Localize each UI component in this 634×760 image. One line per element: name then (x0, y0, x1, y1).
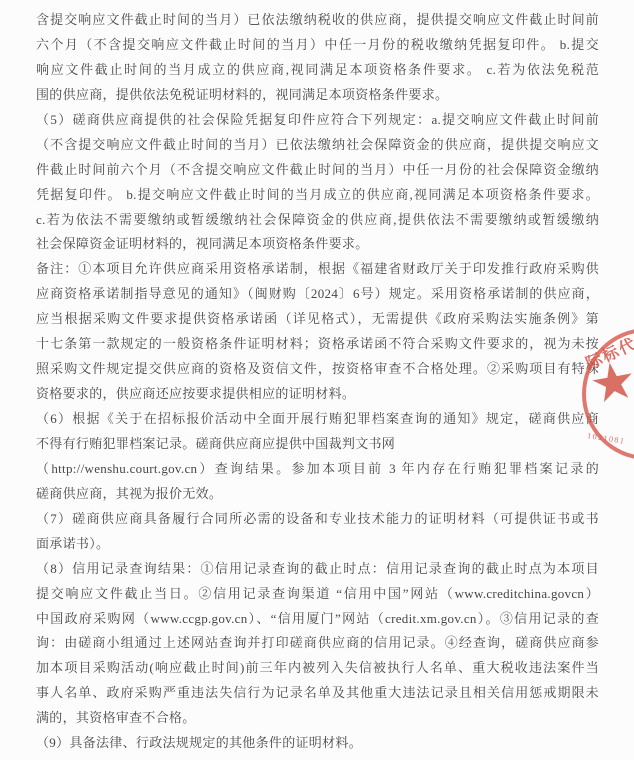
text-line: 磋商供应商，其视为报价无效。 (36, 482, 599, 507)
text-line: 中国政府采购网（www.ccgp.gov.cn）、“信用厦门”网站（credit… (36, 607, 599, 632)
text-line: 面承诺书）。 (36, 532, 599, 557)
text-line: 十七条第一款规定的一般资格条件证明材料；资格承诺函不符合采购文件要求的，视为未按 (36, 332, 599, 357)
text-line: （6）根据《关于在招标报价活动中全面开展行贿犯罪档案查询的通知》规定，磋商供应商 (36, 407, 599, 432)
text-line: 加本项目采购活动(响应截止时间)前三年内被列入失信被执行人名单、重大税收违法案件… (36, 656, 599, 681)
text-line: （9）具备法律、行政法规规定的其他条件的证明材料。 (36, 731, 599, 756)
text-line: 备注：①本项目允许供应商采用资格承诺制，根据《福建省财政厅关于印发推行政府采购供 (36, 257, 599, 282)
text-line: 应商资格承诺制指导意见的通知》（闽财购〔2024〕6号）规定。采用资格承诺制的供… (36, 282, 599, 307)
text-line: 照采购文件规定提交供应商的资格及资信文件，按资格审查不合格处理。②采购项目有特殊 (36, 357, 599, 382)
text-line: 事人名单、政府采购严重违法失信行为记录名单及其他重大违法记录且相关信用惩戒期限未 (36, 681, 599, 706)
text-line: 响应文件截止时间的当月成立的供应商,视同满足本项资格条件要求。 c.若为依法免税… (36, 58, 599, 83)
text-line: （7）磋商供应商具备履行合同所必需的设备和专业技术能力的证明材料（可提供证书或书 (36, 507, 599, 532)
text-line: 围的供应商，提供依法免税证明材料的，视同满足本项资格条件要求。 (36, 83, 599, 108)
text-line: （不含提交响应文件截止时间的当月）已依法缴纳社会保障资金的供应商，提供提交响应文 (36, 133, 599, 158)
document-text: 含提交响应文件截止时间的当月）已依法缴纳税收的供应商，提供提交响应文件截止时间前… (36, 8, 599, 756)
text-line: 社会保障资金证明材料的，视同满足本项资格条件要求。 (36, 232, 599, 257)
text-line: （8）信用记录查询结果：①信用记录查询的截止时点：信用记录查询的截止时点为本项目 (36, 557, 599, 582)
text-line: 六个月（不含提交响应文件截止时间的当月）中任一月份的税收缴纳凭据复印件。 b.提… (36, 33, 599, 58)
text-line: 含提交响应文件截止时间的当月）已依法缴纳税收的供应商，提供提交响应文件截止时间前 (36, 8, 599, 33)
text-line: 询：由磋商小组通过上述网站查询并打印磋商供应商的信用记录。④经查询，磋商供应商参 (36, 631, 599, 656)
text-line: 提交响应文件截止当日。②信用记录查询渠道 “信用中国”网站（www.credit… (36, 582, 599, 607)
text-line: 件截止时间前六个月（不含提交响应文件截止时间的当月）中任一月份的社会保障资金缴纳 (36, 158, 599, 183)
text-line: （5）磋商供应商提供的社会保险凭据复印件应符合下列规定：a.提交响应文件截止时间… (36, 108, 599, 133)
document-page: 含提交响应文件截止时间的当月）已依法缴纳税收的供应商，提供提交响应文件截止时间前… (0, 0, 634, 760)
text-line: 满的，其资格审查不合格。 (36, 706, 599, 731)
text-line: 应当根据采购文件要求提供资格承诺函（详见格式），无需提供《政府采购法实施条例》第 (36, 307, 599, 332)
text-line: 凭据复印件。 b.提交响应文件截止时间的当月成立的供应商,视同满足本项资格条件要… (36, 183, 599, 208)
text-line: （http://wenshu.court.gov.cn）查询结果。参加本项目前 … (36, 457, 599, 482)
text-line: 资格要求的，供应商还应按要求提供相应的证明材料。 (36, 382, 599, 407)
text-line: 不得有行贿犯罪档案记录。磋商供应商应提供中国裁判文书网 (36, 432, 599, 457)
text-line: c.若为依法不需要缴纳或暂缓缴纳社会保障资金的供应商,提供依法不需要缴纳或暂缓缴… (36, 208, 599, 233)
